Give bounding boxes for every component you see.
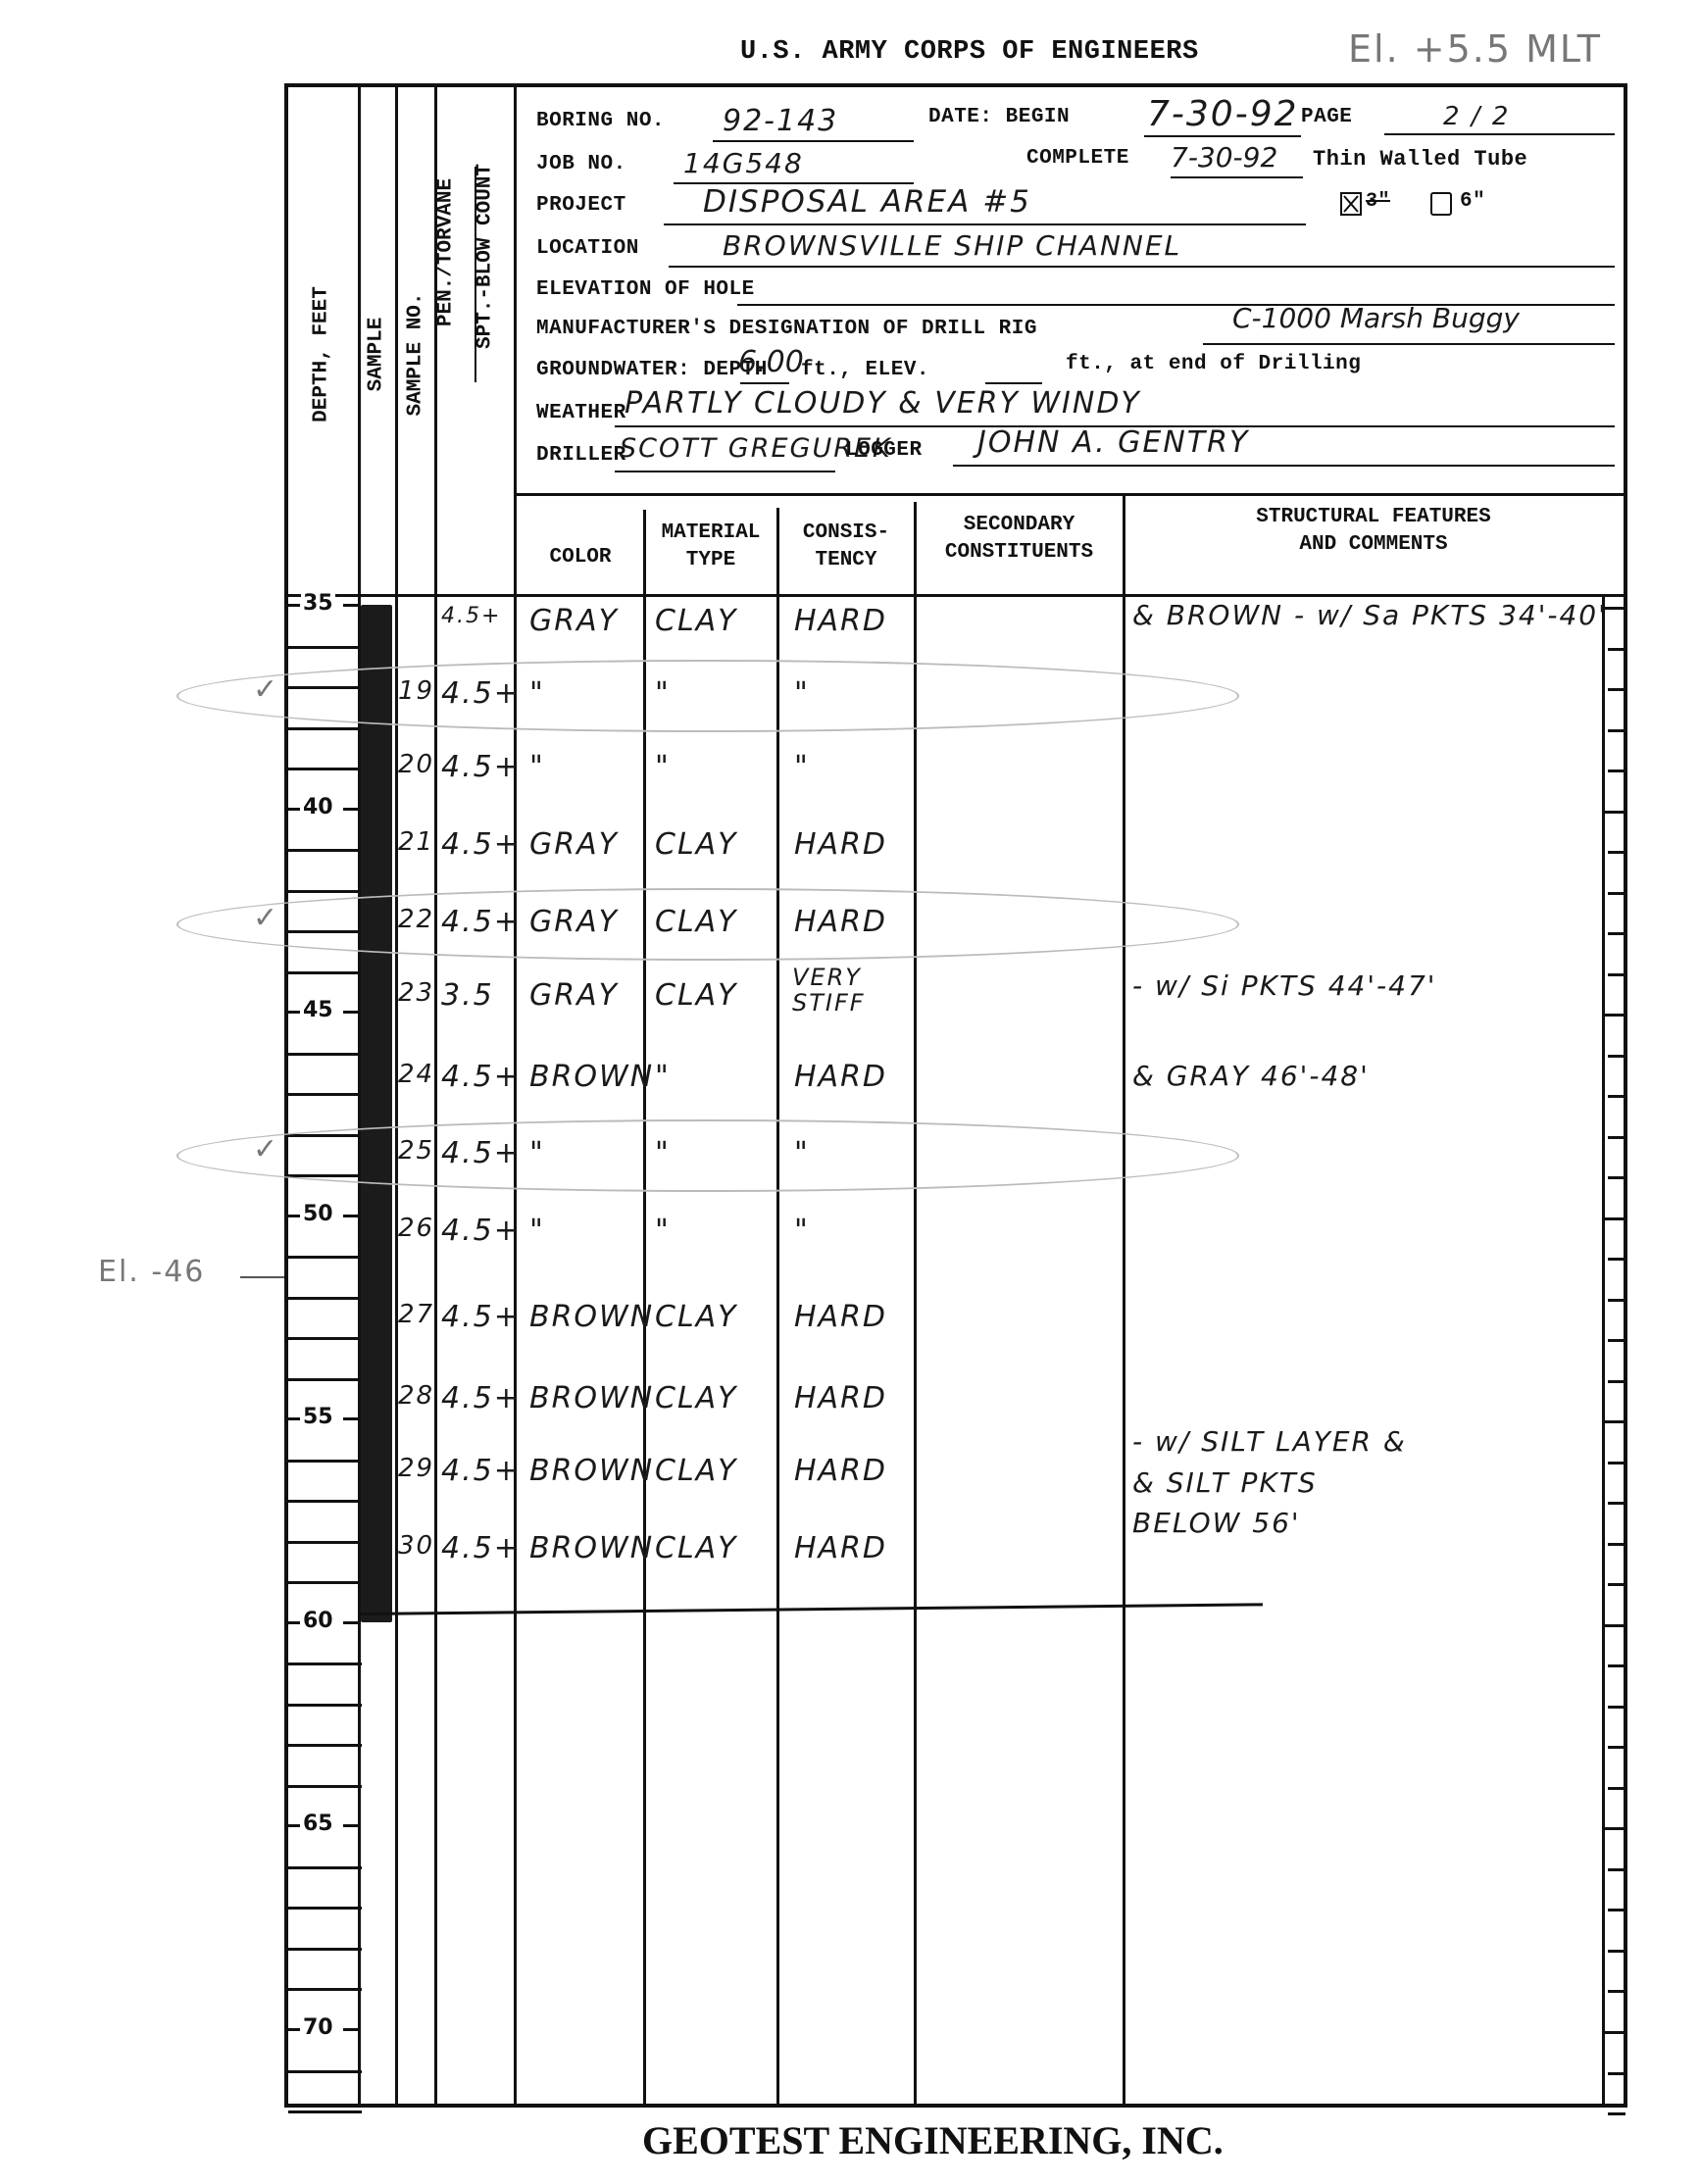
sample-check-ellipse <box>176 660 1239 732</box>
right-tick-major <box>1604 1217 1625 1220</box>
sample-no: 21 <box>398 827 434 857</box>
col-consistency-label-2: TENCY <box>777 547 915 574</box>
col-secondary-label-2: CONSTITUENTS <box>915 539 1124 567</box>
location-field[interactable]: BROWNSVILLE SHIP CHANNEL <box>723 229 1181 262</box>
right-tick <box>1608 2072 1625 2075</box>
tube-3in-checkbox[interactable] <box>1340 192 1362 216</box>
right-tick <box>1608 1868 1625 1871</box>
depth-tick <box>343 1824 359 1827</box>
depth-tick <box>288 2028 300 2031</box>
consistency-value: VERY STIFF <box>792 965 900 1016</box>
col-sample: SAMPLE <box>366 276 388 433</box>
depth-label: 45 <box>301 998 335 1022</box>
material-value: CLAY <box>655 1381 738 1415</box>
project-label: PROJECT <box>536 194 626 217</box>
sample-no: 23 <box>398 978 434 1008</box>
right-tick <box>1608 648 1625 651</box>
check-icon: ✓ <box>253 1132 277 1166</box>
pen-value: 4.5+ <box>441 827 521 862</box>
comment-text: & GRAY 46'-48' <box>1132 1060 1370 1092</box>
page-field[interactable]: 2 / 2 <box>1443 102 1510 131</box>
depth-tick <box>288 1093 362 1096</box>
divider-structural <box>1602 594 1605 2106</box>
depth-tick <box>343 1215 359 1217</box>
depth-tick <box>343 1417 359 1420</box>
consistency-value: HARD <box>794 1454 887 1488</box>
sample-no: 29 <box>398 1454 434 1483</box>
depth-label: 65 <box>301 1812 335 1836</box>
depth-tick <box>288 849 362 852</box>
right-tick <box>1608 1664 1625 1667</box>
depth-tick <box>288 768 362 770</box>
depth-tick <box>288 727 362 730</box>
consistency-value: " <box>794 750 810 784</box>
page-label: PAGE <box>1301 106 1352 128</box>
right-tick <box>1608 1095 1625 1098</box>
depth-tick <box>288 2070 362 2073</box>
tube-3in-label: 3" <box>1366 190 1390 213</box>
depth-tick <box>288 1824 300 1827</box>
col-depth-feet: DEPTH, FEET <box>311 257 333 453</box>
comment-text: BELOW 56' <box>1132 1507 1301 1539</box>
pen-value: 4.5+ <box>441 1214 521 1248</box>
logger-field[interactable]: JOHN A. GENTRY <box>977 425 1249 460</box>
depth-tick <box>288 1297 362 1300</box>
color-value: BROWN <box>529 1300 654 1334</box>
material-value: CLAY <box>655 978 738 1013</box>
depth-tick <box>288 1704 362 1707</box>
boring-no-label: BORING NO. <box>536 110 665 132</box>
top-elevation-annotation: El. +5.5 MLT <box>1348 27 1602 71</box>
right-tick <box>1608 1950 1625 1953</box>
sample-check-ellipse <box>176 888 1239 961</box>
divider-sample <box>395 86 398 2106</box>
right-tick-major <box>1604 1014 1625 1017</box>
material-value: CLAY <box>655 1531 738 1565</box>
depth-tick <box>288 1581 362 1584</box>
col-sample-no: SAMPLE NO. <box>405 267 427 443</box>
right-tick <box>1608 1055 1625 1058</box>
right-tick <box>1608 1380 1625 1383</box>
divider-secondary <box>1123 493 1125 2106</box>
depth-tick <box>288 1663 362 1665</box>
pen-value: 4.5+ <box>441 1300 521 1334</box>
color-value: GRAY <box>529 604 619 638</box>
consistency-value: HARD <box>794 827 887 862</box>
depth-tick <box>288 1256 362 1259</box>
depth-label: 70 <box>301 2015 335 2040</box>
material-value: CLAY <box>655 604 738 638</box>
logger-label: LOGGER <box>845 439 923 462</box>
sample-no: 30 <box>398 1531 434 1561</box>
depth-tick <box>288 1378 362 1381</box>
col-structural-label-1: STRUCTURAL FEATURES <box>1124 504 1624 531</box>
depth-label: 40 <box>301 795 335 819</box>
pen-value: 4.5+ <box>441 1381 521 1415</box>
weather-field[interactable]: PARTLY CLOUDY & VERY WINDY <box>625 386 1141 421</box>
pen-value: 4.5+ <box>441 1454 521 1488</box>
tube-6in-label: 6" <box>1460 190 1485 213</box>
depth-tick <box>288 1948 362 1951</box>
consistency-value: HARD <box>794 604 887 638</box>
comment-text: - w/ SILT LAYER & <box>1132 1425 1407 1458</box>
sample-no: 27 <box>398 1300 434 1329</box>
weather-label: WEATHER <box>536 402 626 424</box>
col-structural-features: STRUCTURAL FEATURESAND COMMENTS <box>1124 504 1624 559</box>
depth-tick <box>288 1337 362 1340</box>
divider-sample-no <box>434 86 437 2106</box>
comment-text: & BROWN - w/ Sa PKTS 34'-40' <box>1132 599 1608 631</box>
depth-tick <box>288 1215 300 1217</box>
right-tick <box>1608 769 1625 772</box>
right-tick <box>1608 1502 1625 1505</box>
right-tick <box>1608 1339 1625 1342</box>
ft-elev-label: ft., ELEV. <box>801 359 929 381</box>
right-tick <box>1608 1787 1625 1790</box>
sample-no: 24 <box>398 1060 434 1089</box>
complete-label: COMPLETE <box>1026 147 1129 170</box>
depth-tick <box>343 1011 359 1014</box>
color-value: " <box>529 1214 545 1248</box>
col-consistency-label-1: CONSIS- <box>777 520 915 547</box>
depth-tick <box>288 1541 362 1544</box>
end-of-drilling-label: ft., at end of Drilling <box>1066 353 1361 375</box>
depth-label: 50 <box>301 1202 335 1226</box>
col-material-type: MATERIALTYPE <box>644 520 777 574</box>
depth-tick <box>288 1785 362 1788</box>
depth-tick <box>288 1053 362 1056</box>
depth-tick <box>288 1621 300 1624</box>
sample-check-ellipse <box>176 1119 1239 1192</box>
color-value: GRAY <box>529 978 619 1013</box>
consistency-value: HARD <box>794 1381 887 1415</box>
depth-tick <box>288 2110 362 2113</box>
header-divider <box>514 493 1625 496</box>
pen-value: 4.5+ <box>441 1531 521 1565</box>
right-tick <box>1608 1543 1625 1546</box>
driller-label: DRILLER <box>536 444 626 467</box>
consistency-value: HARD <box>794 1531 887 1565</box>
right-tick <box>1608 1299 1625 1302</box>
right-tick <box>1608 1258 1625 1261</box>
pen-value: 3.5 <box>441 978 494 1013</box>
right-tick-major <box>1604 2031 1625 2034</box>
depth-tick <box>288 604 300 607</box>
agency-title: U.S. ARMY CORPS OF ENGINEERS <box>740 37 1199 67</box>
material-value: " <box>655 1214 671 1248</box>
depth-tick <box>288 646 362 649</box>
drill-rig-label: MANUFACTURER'S DESIGNATION OF DRILL RIG <box>536 318 1037 340</box>
right-tick <box>1608 2112 1625 2115</box>
right-tick <box>1608 1462 1625 1464</box>
depth-label: 60 <box>301 1609 335 1633</box>
footer-company: GEOTEST ENGINEERING, INC. <box>642 2117 1224 2163</box>
date-begin-field[interactable]: 7-30-92 <box>1147 94 1299 134</box>
depth-tick <box>288 1460 362 1463</box>
material-value: CLAY <box>655 827 738 862</box>
groundwater-depth-field[interactable]: 6.00 <box>738 345 804 379</box>
depth-tick <box>288 1988 362 1991</box>
check-icon: ✓ <box>253 901 277 935</box>
elevation-note-leader <box>240 1276 284 1278</box>
column-header-divider <box>288 594 1624 597</box>
tube-6in-checkbox[interactable] <box>1430 192 1452 216</box>
thin-walled-tube-label: Thin Walled Tube <box>1313 147 1527 172</box>
material-value: " <box>655 750 671 784</box>
color-value: BROWN <box>529 1060 654 1094</box>
right-tick <box>1608 851 1625 854</box>
divider-consistency <box>914 502 917 2106</box>
depth-tick <box>288 808 300 811</box>
right-tick <box>1608 932 1625 935</box>
depth-tick <box>343 808 359 811</box>
date-begin-label: DATE: BEGIN <box>928 106 1070 128</box>
material-value: " <box>655 1060 671 1094</box>
depth-tick <box>288 1500 362 1503</box>
col-spt-blow-count: SPT.-BLOW COUNT <box>475 154 497 360</box>
consistency-value: HARD <box>794 1300 887 1334</box>
col-material-label-2: TYPE <box>644 547 777 574</box>
pen-value: 4.5+ <box>441 750 521 784</box>
color-value: GRAY <box>529 827 619 862</box>
depth-tick <box>288 890 362 893</box>
depth-tick <box>288 971 362 974</box>
checkmark-x-icon <box>1342 194 1360 214</box>
right-tick <box>1608 1136 1625 1139</box>
color-value: BROWN <box>529 1381 654 1415</box>
consistency-value: " <box>794 1214 810 1248</box>
material-value: CLAY <box>655 1300 738 1334</box>
depth-tick <box>288 1011 300 1014</box>
right-tick <box>1608 892 1625 895</box>
color-value: BROWN <box>529 1454 654 1488</box>
col-pen-torvane: PEN./TORVANE <box>435 165 458 341</box>
right-tick <box>1608 688 1625 691</box>
right-tick <box>1608 729 1625 732</box>
depth-label: 55 <box>301 1405 335 1429</box>
depth-label: 35 <box>301 591 335 616</box>
consistency-value: HARD <box>794 1060 887 1094</box>
right-tick-major <box>1604 1827 1625 1830</box>
right-tick-major <box>1604 811 1625 814</box>
depth-tick <box>288 1907 362 1910</box>
elevation-of-hole-label: ELEVATION OF HOLE <box>536 278 755 301</box>
sample-no: 28 <box>398 1381 434 1411</box>
right-tick <box>1608 1746 1625 1749</box>
sample-fill <box>361 605 392 1622</box>
col-consistency: CONSIS-TENCY <box>777 520 915 574</box>
margin-elevation-note: El. -46 <box>98 1255 205 1289</box>
pen-value: 4.5+ <box>441 604 501 628</box>
job-no-label: JOB NO. <box>536 153 626 175</box>
right-tick-major <box>1604 1420 1625 1423</box>
depth-tick <box>343 1621 359 1624</box>
col-color-label: COLOR <box>549 546 611 569</box>
color-value: " <box>529 750 545 784</box>
project-field[interactable]: DISPOSAL AREA #5 <box>703 184 1031 220</box>
groundwater-depth-label: GROUNDWATER: DEPTH <box>536 359 768 381</box>
drill-rig-field[interactable]: C-1000 Marsh Buggy <box>1232 302 1520 334</box>
col-secondary-constituents: SECONDARYCONSTITUENTS <box>915 512 1124 567</box>
groundwater-elev-field[interactable] <box>985 382 1042 384</box>
sample-no: 26 <box>398 1214 434 1243</box>
col-secondary-label-1: SECONDARY <box>915 512 1124 539</box>
depth-tick <box>288 1744 362 1747</box>
depth-tick <box>343 604 359 607</box>
divider-material <box>776 508 779 2106</box>
col-color: COLOR <box>517 544 644 571</box>
right-tick <box>1608 1706 1625 1709</box>
check-icon: ✓ <box>253 672 277 707</box>
header-info: BORING NO. 92-143 DATE: BEGIN 7-30-92 PA… <box>517 86 1625 493</box>
material-value: CLAY <box>655 1454 738 1488</box>
right-tick <box>1608 973 1625 976</box>
comment-text: - w/ Si PKTS 44'-47' <box>1132 969 1436 1002</box>
col-structural-label-2: AND COMMENTS <box>1124 531 1624 559</box>
right-tick <box>1608 1909 1625 1911</box>
depth-tick <box>288 1417 300 1420</box>
right-tick-major <box>1604 1624 1625 1627</box>
sample-no: 20 <box>398 750 434 779</box>
col-material-label-1: MATERIAL <box>644 520 777 547</box>
boring-no-field[interactable]: 92-143 <box>723 104 838 138</box>
comment-text: & SILT PKTS <box>1132 1466 1318 1499</box>
depth-tick <box>288 1866 362 1869</box>
color-value: BROWN <box>529 1531 654 1565</box>
pen-value: 4.5+ <box>441 1060 521 1094</box>
location-label: LOCATION <box>536 237 639 260</box>
right-tick <box>1608 1990 1625 1993</box>
right-tick <box>1608 1583 1625 1586</box>
date-complete-field[interactable]: 7-30-92 <box>1171 141 1277 174</box>
depth-tick <box>343 2028 359 2031</box>
job-no-field[interactable]: 14G548 <box>683 147 804 179</box>
right-tick <box>1608 1176 1625 1179</box>
